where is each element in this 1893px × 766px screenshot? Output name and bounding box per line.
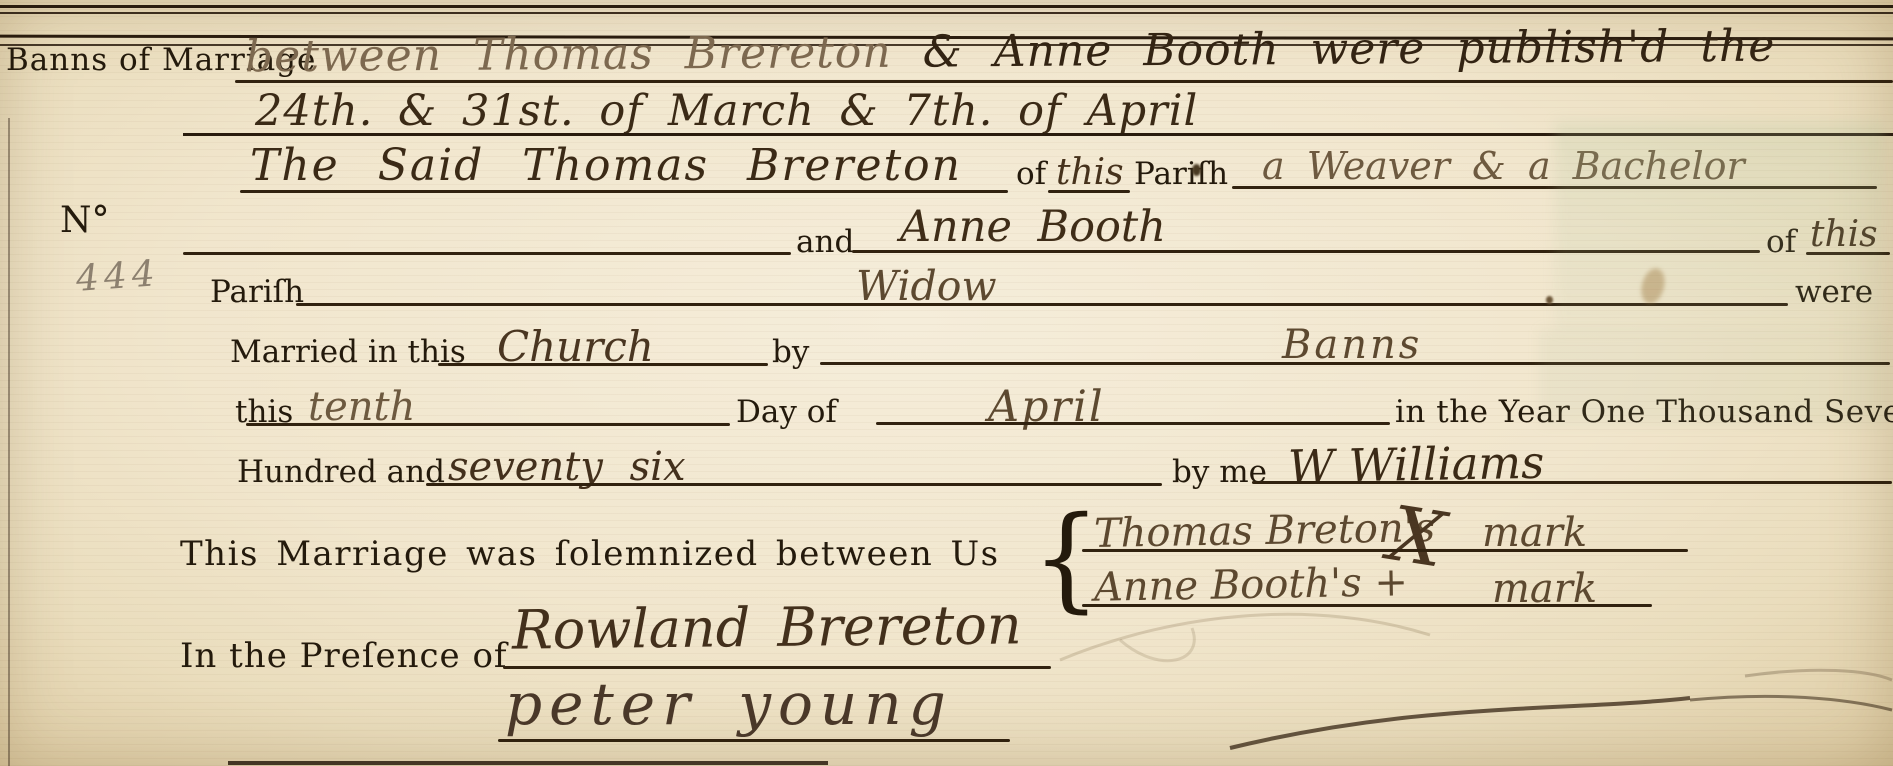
were-label: were (1795, 274, 1873, 310)
banns-entry-underline (235, 80, 1893, 83)
number-value-pencil: 444 (75, 253, 161, 300)
groom-name-underline (240, 190, 1008, 193)
witness1-signature: Rowland Brereton (512, 593, 1022, 661)
number-label: N° (60, 200, 110, 241)
bride-parish-this-handwriting: this (1810, 214, 1878, 255)
parish-this-handwriting: this (1056, 152, 1124, 193)
marriage-banns-register-page: Banns of Marriage between Thomas Brereto… (0, 0, 1893, 766)
hundred-and-label: Hundred and (237, 454, 445, 490)
solemnized-label: This Marriage was ſolemnized between Us (180, 534, 1000, 574)
dates-handwriting: 24th. & 31st. of March & 7th. of April (255, 86, 1198, 136)
groom-signature-underline (1082, 549, 1688, 552)
officiant-signature: W Williams (1288, 436, 1545, 493)
groom-condition-handwriting: a Weaver & a Bachelor (1262, 144, 1745, 188)
bride-signature: Anne Booth's + (1094, 559, 1409, 610)
banns-entry-faded-part: between Thomas Brereton (245, 27, 892, 83)
groom-name-handwriting: The Said Thomas Brereton (250, 140, 962, 191)
year-printed-label: in the Year One Thousand Seven (1395, 394, 1893, 430)
of-label: of (1766, 224, 1796, 260)
year-underline (426, 483, 1162, 486)
banns-entry-handwriting: between Thomas Brereton & Anne Booth wer… (245, 21, 1776, 83)
parish-blank-underline (296, 303, 1788, 306)
day-underline (246, 423, 730, 426)
banns-entry-dark-part: & Anne Booth were publish'd the (922, 21, 1775, 78)
left-edge-rule (8, 118, 10, 766)
by-label: by (772, 334, 809, 370)
bride-name-underline (852, 250, 1760, 253)
bride-name-handwriting: Anne Booth (900, 202, 1166, 252)
witness2-signature: peter young (505, 670, 953, 738)
presence-label: In the Preſence of (180, 636, 508, 676)
blank-underline (183, 252, 791, 255)
top-rule (0, 12, 1893, 14)
top-rule (0, 5, 1893, 8)
of-label: of (1016, 156, 1046, 192)
groom-condition-underline (1232, 186, 1877, 189)
married-in-this-label: Married in this (230, 334, 466, 370)
dates-underline (183, 133, 1893, 136)
parish-this-underline (1048, 190, 1130, 193)
paper-stain (1638, 266, 1669, 306)
and-label: and (796, 224, 854, 260)
method-underline (820, 362, 1890, 365)
place-underline (438, 363, 768, 366)
by-me-label: by me (1172, 454, 1267, 490)
witness1-underline (503, 666, 1051, 669)
officiant-underline (1252, 481, 1892, 484)
parish-label: Pariſh (1134, 156, 1228, 192)
witness2-underline (498, 739, 1010, 742)
bottom-edge-rule (228, 761, 828, 765)
month-underline (876, 422, 1390, 425)
parish-label: Pariſh (210, 274, 304, 310)
day-of-label: Day of (736, 394, 837, 430)
bride-parish-this-underline (1806, 252, 1890, 255)
bride-signature-underline (1082, 604, 1652, 607)
